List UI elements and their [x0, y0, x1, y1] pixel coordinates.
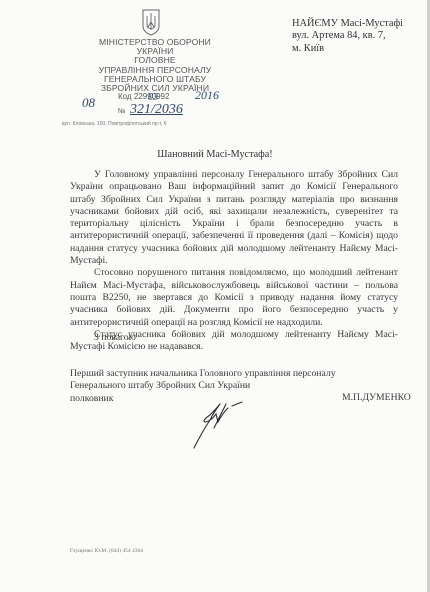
- signatory-title-line: Перший заступник начальника Головного уп…: [70, 368, 336, 380]
- salutation: Шановний Масі-Мустафа!: [0, 149, 430, 160]
- body-paragraph: У Головному управлінні персоналу Генерал…: [70, 169, 398, 267]
- coat-of-arms-icon: [141, 8, 161, 36]
- letter-page: МІНІСТЕРСТВО ОБОРОНИ УКРАЇНИ ГОЛОВНЕ УПР…: [0, 0, 430, 592]
- handwritten-reference-number: 321/2036: [130, 102, 183, 118]
- handwritten-day: 08: [82, 95, 95, 111]
- signatory-name: М.П.ДУМЕНКО: [342, 392, 411, 403]
- signatory-title-line: Генерального штабу Збройних Сил України: [70, 380, 336, 392]
- handwritten-signature-icon: [190, 392, 250, 452]
- recipient-name: НАЙЄМУ Масі-Мустафі: [292, 18, 403, 30]
- closing: З повагою: [94, 332, 136, 343]
- recipient-city: м. Київ: [292, 43, 403, 55]
- letter-body: У Головному управлінні персоналу Генерал…: [70, 169, 398, 353]
- stamp-code: Код 22990992: [118, 92, 169, 101]
- number-label: №: [118, 108, 126, 115]
- ministry-stamp: МІНІСТЕРСТВО ОБОРОНИ УКРАЇНИ ГОЛОВНЕ УПР…: [90, 38, 220, 93]
- recipient-street: вул. Артема 84, кв. 7,: [292, 30, 403, 42]
- stamp-address: вул. Кловська, 100, Повітрофлотський пр-…: [62, 121, 167, 127]
- handwritten-year: 2016: [195, 88, 219, 103]
- body-paragraph: Стосовно порушеного питання повідомляємо…: [70, 267, 398, 328]
- recipient-block: НАЙЄМУ Масі-Мустафі вул. Артема 84, кв. …: [292, 18, 403, 55]
- footer-contact: Глущенко Ю.М. (044) 454 4364: [70, 548, 143, 554]
